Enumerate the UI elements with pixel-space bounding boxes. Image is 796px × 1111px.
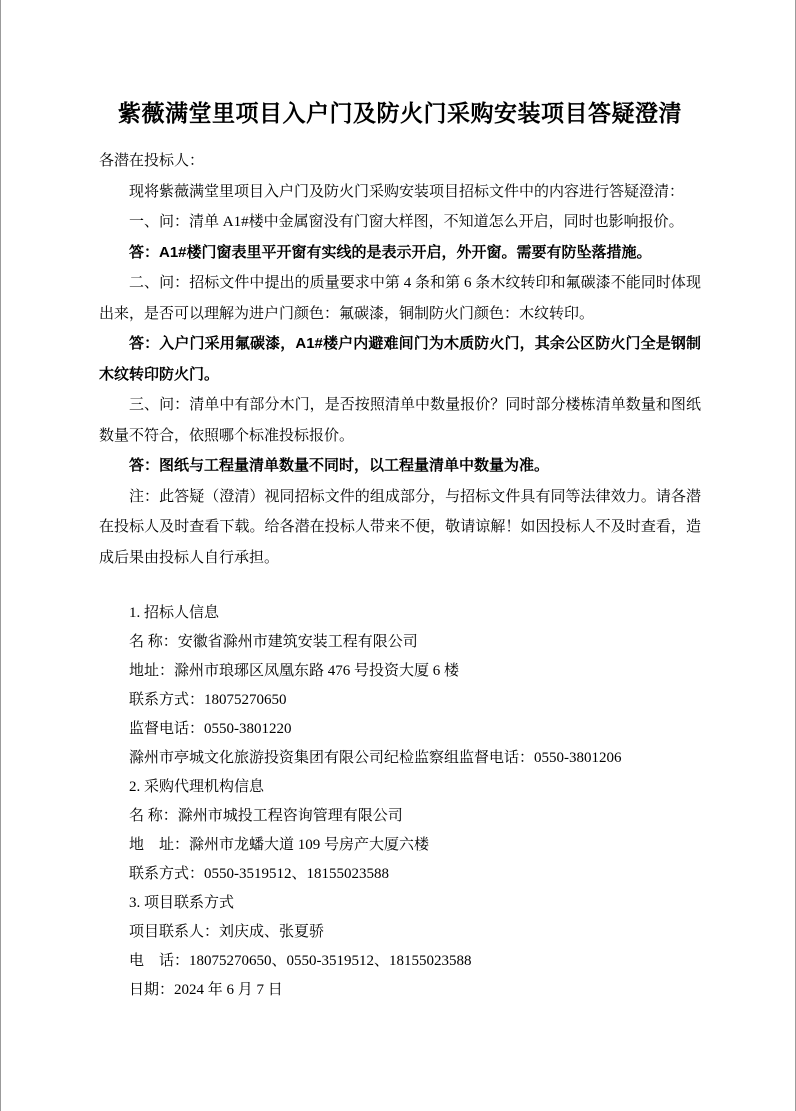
- salutation-line: 各潜在投标人：: [99, 146, 701, 177]
- date-line: 日期：2024 年 6 月 7 日: [99, 976, 701, 1005]
- bidder-section-heading: 1. 招标人信息: [99, 599, 701, 628]
- bidder-supervision-phone-line: 监督电话：0550-3801220: [99, 715, 701, 744]
- bidder-name-line: 名 称：安徽省滁州市建筑安装工程有限公司: [99, 628, 701, 657]
- agency-name-line: 名 称：滁州市城投工程咨询管理有限公司: [99, 802, 701, 831]
- intro-paragraph: 现将紫薇满堂里项目入户门及防火门采购安装项目招标文件中的内容进行答疑澄清：: [99, 177, 701, 208]
- project-contacts-line: 项目联系人：刘庆成、张夏骄: [99, 918, 701, 947]
- bidder-phone-line: 联系方式：18075270650: [99, 686, 701, 715]
- document-page: 紫薇满堂里项目入户门及防火门采购安装项目答疑澄清 各潜在投标人： 现将紫薇满堂里…: [0, 0, 796, 1111]
- document-body: 各潜在投标人： 现将紫薇满堂里项目入户门及防火门采购安装项目招标文件中的内容进行…: [99, 146, 701, 573]
- question-3: 三、问：清单中有部分木门，是否按照清单中数量报价？同时部分楼栋清单数量和图纸数量…: [99, 390, 701, 451]
- agency-section-heading: 2. 采购代理机构信息: [99, 773, 701, 802]
- contact-section-heading: 3. 项目联系方式: [99, 889, 701, 918]
- note-paragraph: 注：此答疑（澄清）视同招标文件的组成部分，与招标文件具有同等法律效力。请各潜在投…: [99, 482, 701, 574]
- group-supervision-phone-line: 滁州市亭城文化旅游投资集团有限公司纪检监察组监督电话：0550-3801206: [99, 744, 701, 773]
- project-phones-line: 电 话：18075270650、0550-3519512、18155023588: [99, 947, 701, 976]
- bidder-address-line: 地址：滁州市琅琊区凤凰东路 476 号投资大厦 6 楼: [99, 657, 701, 686]
- answer-3: 答：图纸与工程量清单数量不同时，以工程量清单中数量为准。: [99, 451, 701, 482]
- answer-1: 答：A1#楼门窗表里平开窗有实线的是表示开启，外开窗。需要有防坠落措施。: [99, 238, 701, 269]
- document-title: 紫薇满堂里项目入户门及防火门采购安装项目答疑澄清: [99, 98, 701, 130]
- question-1: 一、问：清单 A1#楼中金属窗没有门窗大样图，不知道怎么开启，同时也影响报价。: [99, 207, 701, 238]
- contact-info-block: 1. 招标人信息 名 称：安徽省滁州市建筑安装工程有限公司 地址：滁州市琅琊区凤…: [99, 599, 701, 1005]
- agency-address-line: 地 址：滁州市龙蟠大道 109 号房产大厦六楼: [99, 831, 701, 860]
- section-gap: [99, 573, 701, 599]
- agency-phone-line: 联系方式：0550-3519512、18155023588: [99, 860, 701, 889]
- question-2: 二、问：招标文件中提出的质量要求中第 4 条和第 6 条木纹转印和氟碳漆不能同时…: [99, 268, 701, 329]
- answer-2: 答：入户门采用氟碳漆，A1#楼户内避难间门为木质防火门，其余公区防火门全是钢制木…: [99, 329, 701, 390]
